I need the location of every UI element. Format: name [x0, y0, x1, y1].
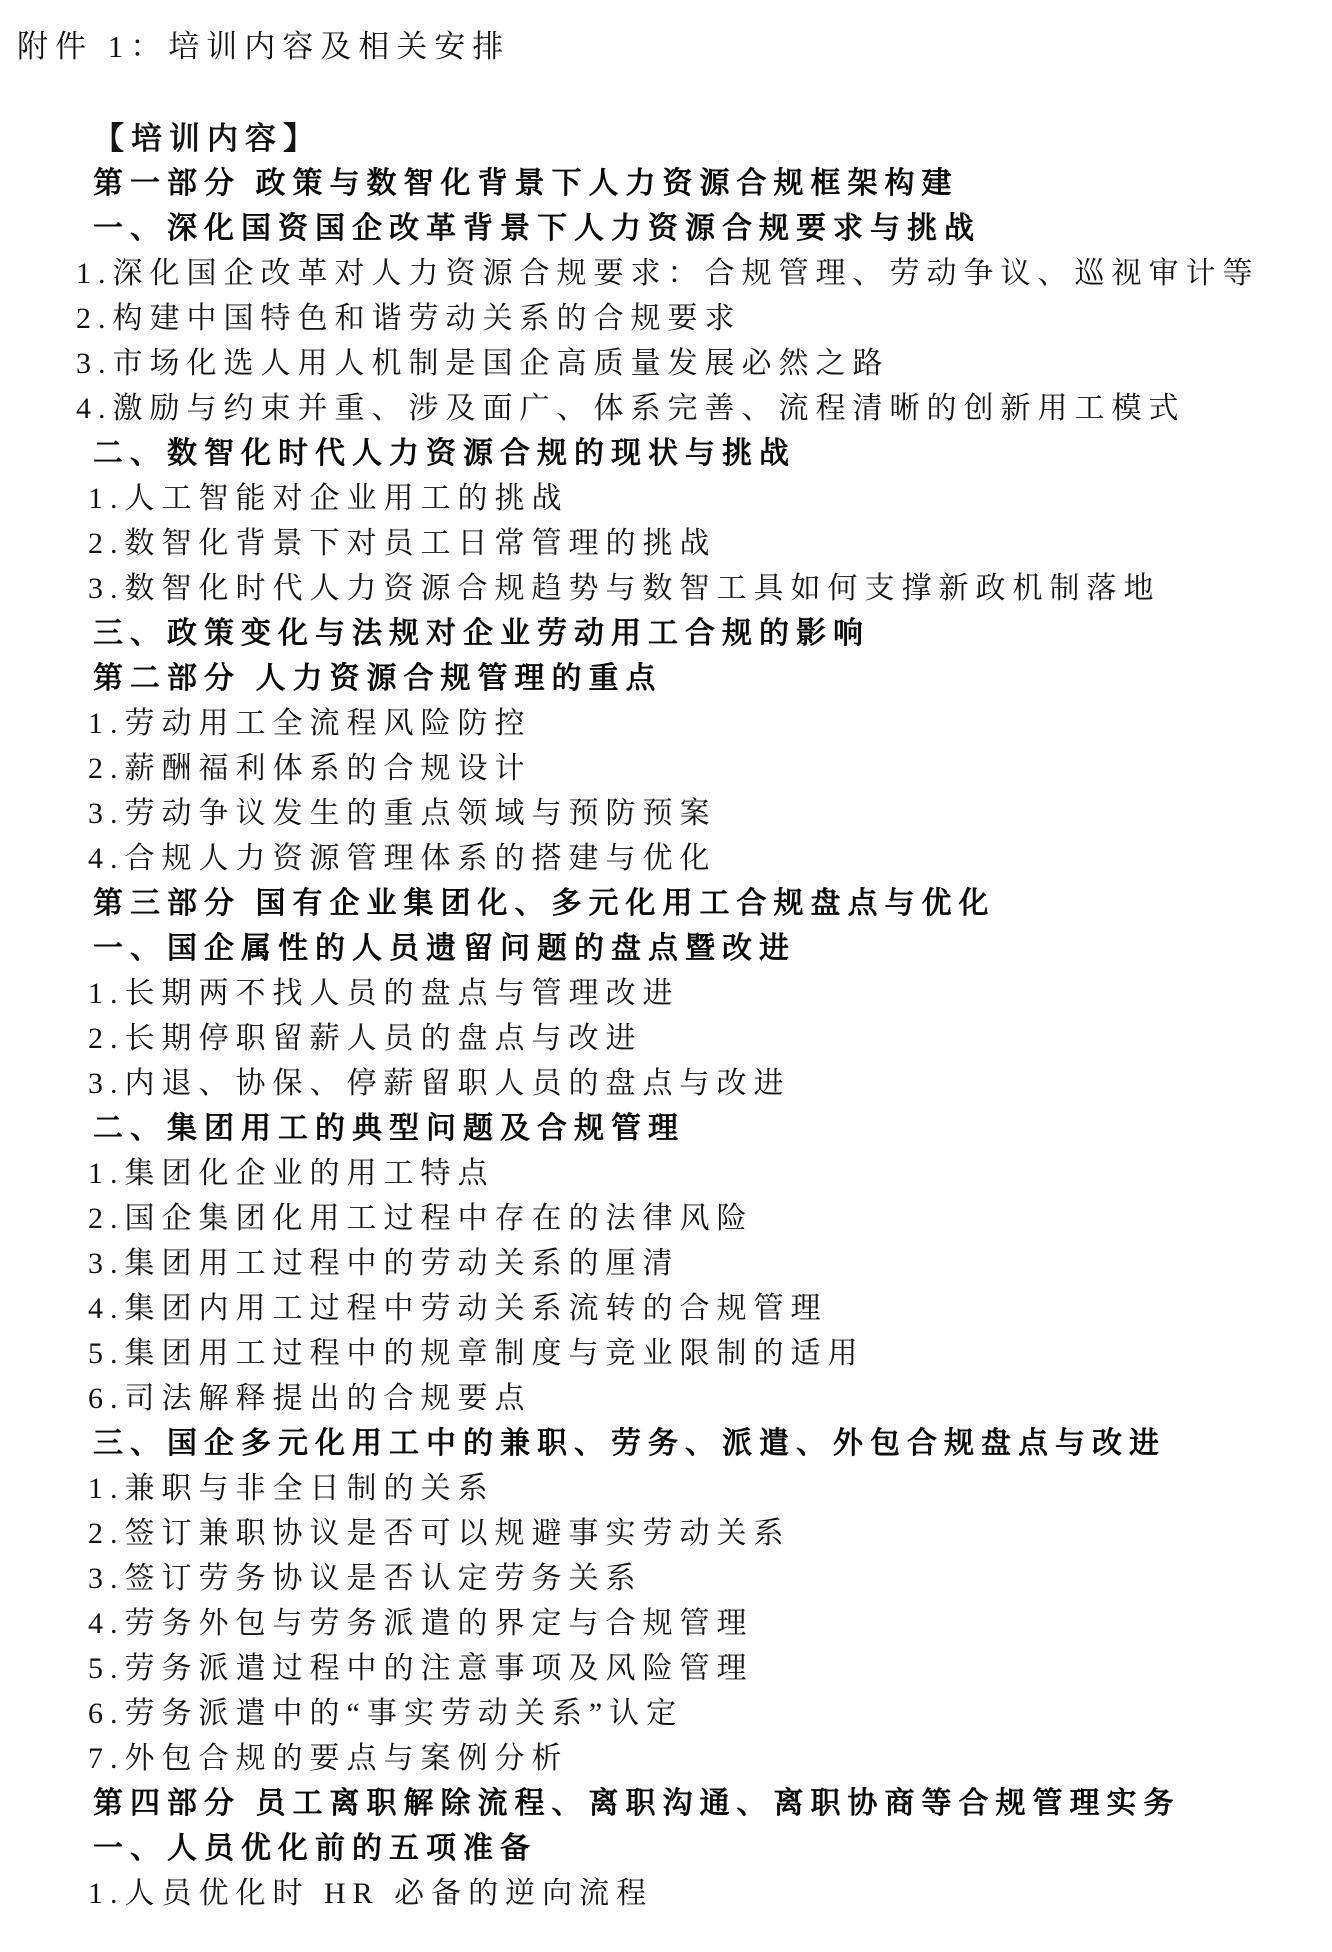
- outline-item: 1.深化国企改革对人力资源合规要求：合规管理、劳动争议、巡视审计等: [0, 251, 1332, 296]
- outline-item: 2.签订兼职协议是否可以规避事实劳动关系: [0, 1511, 1332, 1556]
- outline-item: 1.劳动用工全流程风险防控: [0, 701, 1332, 746]
- part-heading: 第一部分 政策与数智化背景下人力资源合规框架构建: [0, 161, 1332, 206]
- outline-item: 1.集团化企业的用工特点: [0, 1151, 1332, 1196]
- outline-item: 2.数智化背景下对员工日常管理的挑战: [0, 521, 1332, 566]
- outline-item: 3.市场化选人用人机制是国企高质量发展必然之路: [0, 341, 1332, 386]
- section-heading: 三、政策变化与法规对企业劳动用工合规的影响: [0, 611, 1332, 656]
- content-heading: 【培训内容】: [0, 116, 1332, 161]
- document-page: 附件 1：培训内容及相关安排 【培训内容】 第一部分 政策与数智化背景下人力资源…: [0, 0, 1332, 1952]
- outline-item: 3.数智化时代人力资源合规趋势与数智工具如何支撑新政机制落地: [0, 566, 1332, 611]
- outline-item: 2.构建中国特色和谐劳动关系的合规要求: [0, 296, 1332, 341]
- outline-item: 6.劳务派遣中的“事实劳动关系”认定: [0, 1691, 1332, 1736]
- outline-item: 4.激励与约束并重、涉及面广、体系完善、流程清晰的创新用工模式: [0, 386, 1332, 431]
- outline-item: 3.集团用工过程中的劳动关系的厘清: [0, 1241, 1332, 1286]
- outline-item: 5.集团用工过程中的规章制度与竞业限制的适用: [0, 1331, 1332, 1376]
- section-heading: 一、深化国资国企改革背景下人力资源合规要求与挑战: [0, 206, 1332, 251]
- outline-item: 6.司法解释提出的合规要点: [0, 1376, 1332, 1421]
- part-heading: 第二部分 人力资源合规管理的重点: [0, 656, 1332, 701]
- outline-item: 3.签订劳务协议是否认定劳务关系: [0, 1556, 1332, 1601]
- section-heading: 三、国企多元化用工中的兼职、劳务、派遣、外包合规盘点与改进: [0, 1421, 1332, 1466]
- outline-item: 7.外包合规的要点与案例分析: [0, 1736, 1332, 1781]
- section-heading: 二、数智化时代人力资源合规的现状与挑战: [0, 431, 1332, 476]
- training-outline: 第一部分 政策与数智化背景下人力资源合规框架构建一、深化国资国企改革背景下人力资…: [0, 161, 1332, 1916]
- section-heading: 一、人员优化前的五项准备: [0, 1826, 1332, 1871]
- part-heading: 第三部分 国有企业集团化、多元化用工合规盘点与优化: [0, 881, 1332, 926]
- outline-item: 3.劳动争议发生的重点领域与预防预案: [0, 791, 1332, 836]
- section-heading: 二、集团用工的典型问题及合规管理: [0, 1106, 1332, 1151]
- outline-item: 1.兼职与非全日制的关系: [0, 1466, 1332, 1511]
- outline-item: 1.人工智能对企业用工的挑战: [0, 476, 1332, 521]
- attachment-title: 附件 1：培训内容及相关安排: [17, 24, 1332, 69]
- outline-item: 5.劳务派遣过程中的注意事项及风险管理: [0, 1646, 1332, 1691]
- section-heading: 一、国企属性的人员遗留问题的盘点暨改进: [0, 926, 1332, 971]
- outline-item: 1.长期两不找人员的盘点与管理改进: [0, 971, 1332, 1016]
- part-heading: 第四部分 员工离职解除流程、离职沟通、离职协商等合规管理实务: [0, 1781, 1332, 1826]
- document-body: 【培训内容】 第一部分 政策与数智化背景下人力资源合规框架构建一、深化国资国企改…: [0, 116, 1332, 1916]
- outline-item: 2.国企集团化用工过程中存在的法律风险: [0, 1196, 1332, 1241]
- outline-item: 2.长期停职留薪人员的盘点与改进: [0, 1016, 1332, 1061]
- outline-item: 4.劳务外包与劳务派遣的界定与合规管理: [0, 1601, 1332, 1646]
- outline-item: 3.内退、协保、停薪留职人员的盘点与改进: [0, 1061, 1332, 1106]
- outline-item: 2.薪酬福利体系的合规设计: [0, 746, 1332, 791]
- outline-item: 4.集团内用工过程中劳动关系流转的合规管理: [0, 1286, 1332, 1331]
- outline-item: 4.合规人力资源管理体系的搭建与优化: [0, 836, 1332, 881]
- outline-item: 1.人员优化时 HR 必备的逆向流程: [0, 1871, 1332, 1916]
